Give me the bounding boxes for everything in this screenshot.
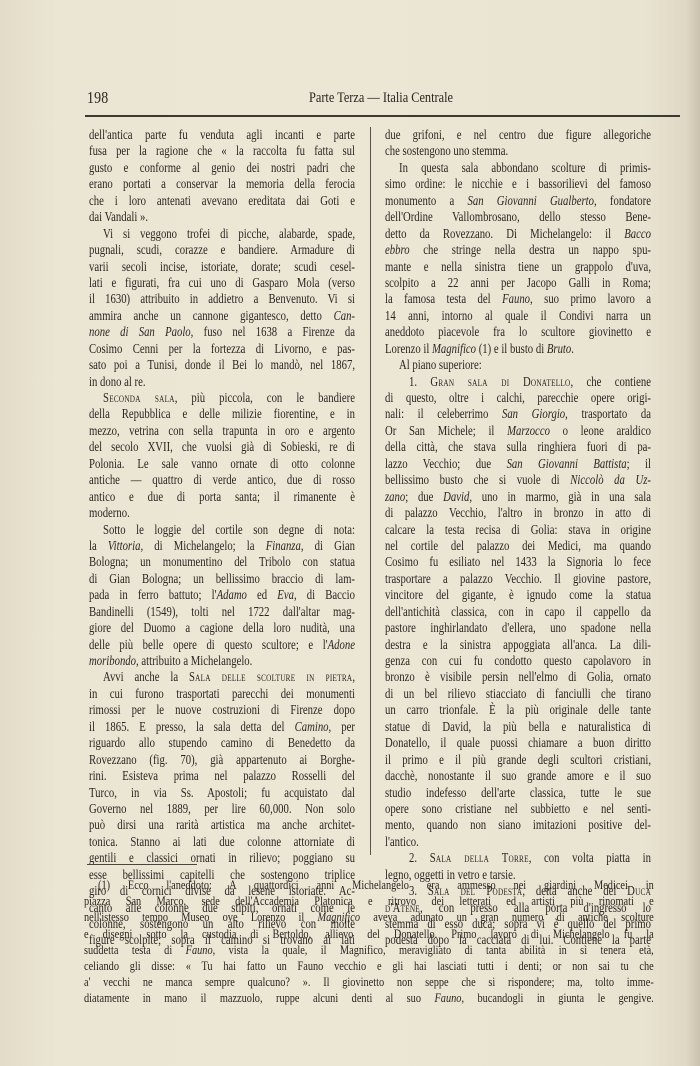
left_column-line: la Vittoria, di Michelangelo; la Finanza… — [89, 538, 355, 554]
running-title: Parte Terza — Italia Centrale — [131, 90, 631, 107]
footnote-line: suddetta testa di Fauno, vista la quale,… — [84, 942, 654, 958]
left_column-line: Bandinelli (1549), tolti nel 1722 dall'a… — [89, 604, 355, 620]
left_column-line: Bologna; un monumentino del Tribolo con … — [89, 554, 355, 570]
left_column-line: antico e due di porta santa; il rimanent… — [89, 489, 355, 505]
right_column-line: aneddoto piacevole fra lo scultore giovi… — [385, 324, 651, 340]
right_column-line: due grifoni, e nel centro due figure all… — [385, 127, 651, 143]
left_column-line: riguardo allo stupendo camino di Benedet… — [89, 735, 355, 751]
left_column-line: pada in ferro battuto; l'Adamo ed Eva, d… — [89, 587, 355, 603]
left_column-line: Seconda sala, più piccola, con le bandie… — [89, 390, 355, 406]
footnote-line: e disegni sotto la custodia di Bertoldo,… — [84, 926, 654, 942]
right_column-line: che sostengono uno stemma. — [385, 143, 651, 159]
right_column-line: Or San Michele; il Marzocco o leone aral… — [385, 423, 651, 439]
left_column-line: il 1630) attribuito in addietro a Benven… — [89, 291, 355, 307]
right_column-line: statue di David, la più bella e naturali… — [385, 719, 651, 735]
right-column: due grifoni, e nel centro due figure all… — [385, 127, 651, 949]
left_column-line: Polonia. Le sale vanno ornate di otto co… — [89, 456, 355, 472]
footnote-line: piazza San Marco, sede dell'Accademia Pl… — [84, 893, 654, 909]
right_column-line: mante e nella sinistra tiene un grappolo… — [385, 259, 651, 275]
footnote-line: a' vecchi ne manca sempre qualcuno? ». I… — [84, 974, 654, 990]
left_column-line: Vi si veggono trofei di picche, alabarde… — [89, 226, 355, 242]
left_column-line: fusa per la ragione che « la raccolta fu… — [89, 143, 355, 159]
right_column-line: destra e la sinistra appoggiata all'anca… — [385, 637, 651, 653]
book-page: 198 Parte Terza — Italia Centrale dell'a… — [0, 0, 700, 1066]
left_column-line: lati e figurati, fra cui uno di Gasparo … — [89, 275, 355, 291]
right_column-line: detto da Rovezzano. Di Michelangelo: il … — [385, 226, 651, 242]
right_column-line: opere sono cristiane nel subbietto e nel… — [385, 801, 651, 817]
right_column-line: studio indefesso dell'arte classica, tut… — [385, 785, 651, 801]
left-column: dell'antica parte fu venduta agli incant… — [89, 127, 355, 949]
left_column-line: moribondo, attribuito a Michelangelo. — [89, 653, 355, 669]
right_column-line: 2. Sala della Torre, con volta piatta in — [385, 850, 651, 866]
header-rule — [85, 115, 680, 117]
footnote-line: diatamente in mano il mazzuolo, ruppe al… — [84, 990, 654, 1006]
left_column-line: giore del Duomo a cagione della loro nud… — [89, 620, 355, 636]
left_column-line: Avvi anche la Sala delle scolture in pie… — [89, 669, 355, 685]
right_column-line: dell'Ordine Vallombrosano, dello stesso … — [385, 209, 651, 225]
left_column-line: moderno. — [89, 505, 355, 521]
left_column-line: gusto e conforme al genio dei nostri pad… — [89, 160, 355, 176]
left_column-line: antiche — quattro di verde antico, due d… — [89, 472, 355, 488]
left_column-line: dell'antica parte fu venduta agli incant… — [89, 127, 355, 143]
right_column-line: di un bel rilievo stiacciato di fanciull… — [385, 686, 651, 702]
left_column-line: pugnali, scudi, corazze e bandiere. Arma… — [89, 242, 355, 258]
left_column-line: che i loro antenati avevano ereditata da… — [89, 193, 355, 209]
right_column-line: bellissimo busto che si vuole di Niccolò… — [385, 472, 651, 488]
right_column-line: Al piano superiore: — [385, 357, 651, 373]
left_column-line: none di San Paolo, fuso nel 1638 a Firen… — [89, 324, 355, 340]
left_column-line: in cui furono trasportati parecchi dei m… — [89, 686, 355, 702]
footnote-line: nell'istesso tempo Museo ove Lorenzo il … — [84, 909, 654, 925]
right_column-line: ebbro che stringe nella destra un nappo … — [385, 242, 651, 258]
right_column-line: un carro trionfale. È la più originale d… — [385, 702, 651, 718]
right_column-line: di palazzo Vecchio, l'altro in bronzo in… — [385, 505, 651, 521]
right_column-line: 1. Gran sala di Donatello, che contiene — [385, 374, 651, 390]
right_column-line: pastore inghirlandato d'ellera, uno spad… — [385, 620, 651, 636]
right_column-line: simo ordine: le nicchie e i bassorilievi… — [385, 176, 651, 192]
left_column-line: rimossi per le nuove costruzioni di Fire… — [89, 702, 355, 718]
right_column-line: l'antico. — [385, 834, 651, 850]
page-edge-shadow — [686, 0, 700, 1066]
column-divider — [370, 127, 371, 855]
left_column-line: Rovezzano (fig. 70), già appartenuto ai … — [89, 752, 355, 768]
right_column-line: lazzo Vecchio; due San Giovanni Battista… — [385, 456, 651, 472]
right_column-line: In questa sala abbondano scolture di pri… — [385, 160, 651, 176]
right_column-line: della città, che stava sulla ringhiera f… — [385, 439, 651, 455]
left_column-line: erano portati a conservar la memoria del… — [89, 176, 355, 192]
right_column-line: zano; due David, uno in marmo, già in un… — [385, 489, 651, 505]
right_column-line: Lorenzo il Magnifico (1) e il busto di B… — [385, 341, 651, 357]
left_column-line: in dono al re. — [89, 374, 355, 390]
left_column-line: rini. Esisteva prima nel palazzo Rossell… — [89, 768, 355, 784]
left_column-line: di Gian Bologna; un bellissimo braccio d… — [89, 571, 355, 587]
left_column-line: delle più belle opere di questo scultore… — [89, 637, 355, 653]
right_column-line: la famosa testa del Fauno, suo primo lav… — [385, 291, 651, 307]
right_column-line: monumento a San Giovanni Gualberto, fond… — [385, 193, 651, 209]
right_column-line: dell'antichità classica, con in capo il … — [385, 604, 651, 620]
right_column-line: di questo, oltre i calchi, parecchie ope… — [385, 390, 651, 406]
running-header: 198 Parte Terza — Italia Centrale — [87, 88, 675, 110]
left_column-line: varii secoli incise, istoriate, dorate; … — [89, 259, 355, 275]
left_column-line: della Repubblica e delle milizie fiorent… — [89, 406, 355, 422]
footnote-rule — [87, 864, 197, 865]
right_column-line: il primo e il più grande degli scultori … — [385, 752, 651, 768]
left_column-line: il 1865. E presso, la sala detta del Cam… — [89, 719, 355, 735]
footnote: (1) Ecco l'aneddoto: A quattordici anni … — [84, 877, 654, 1007]
left_column-line: Sotto le loggie del cortile son degne di… — [89, 522, 355, 538]
left_column-line: può dirsi una rarità artistica ma anche … — [89, 817, 355, 833]
page-number: 198 — [87, 88, 108, 108]
right_column-line: nali: il celeberrimo San Giorgio, traspo… — [385, 406, 651, 422]
right_column-line: mento, quando non siano imitazioni posit… — [385, 817, 651, 833]
left_column-line: ammira anche un cannone gigantesco, dett… — [89, 308, 355, 324]
right_column-line: vincitore del gigante, è ignudo come la … — [385, 587, 651, 603]
right_column-line: genza con cui fu condotto questo capolav… — [385, 653, 651, 669]
right_column-line: Donatello, il quale puossi chiamare a bu… — [385, 735, 651, 751]
footnote-line: (1) Ecco l'aneddoto: A quattordici anni … — [84, 877, 654, 893]
left_column-line: mezzo, vetrina con sella trapunta in oro… — [89, 423, 355, 439]
left_column-line: sato poi a Tunisi, donde il Bei lo mandò… — [89, 357, 355, 373]
right_column-line: scolpito a 22 anni per Jacopo Galli in R… — [385, 275, 651, 291]
right_column-line: calcare la testa recisa di Golia: stava … — [385, 522, 651, 538]
right_column-line: trasportare a palazzo Vecchio. Il giovin… — [385, 571, 651, 587]
left_column-line: tonica. Stanno ai lati due colonne attor… — [89, 834, 355, 850]
left_column-line: dai Vandali ». — [89, 209, 355, 225]
right_column-line: 14 anni, intorno al quale il Condivi nar… — [385, 308, 651, 324]
left_column-line: del secolo XVII, che vuolsi già di Sobie… — [89, 439, 355, 455]
right_column-line: dacchè, nonostante il suo grande amore e… — [385, 768, 651, 784]
left_column-line: Cosimo Cenni per la fortezza di Livorno,… — [89, 341, 355, 357]
right_column-line: bronzo è visibile persin nell'elmo di Go… — [385, 669, 651, 685]
left_column-line: Governo nel 1889, per lire 60,000. Non s… — [89, 801, 355, 817]
right_column-line: Cosimo fu esiliato nel 1433 la Signoria … — [385, 554, 651, 570]
right_column-line: nel cortile del palazzo dei Medici, ma q… — [385, 538, 651, 554]
footnote-line: celiando gli disse: « Tu hai fatto un Fa… — [84, 958, 654, 974]
left_column-line: Turco, in via Ss. Apostoli; fu acquistat… — [89, 785, 355, 801]
